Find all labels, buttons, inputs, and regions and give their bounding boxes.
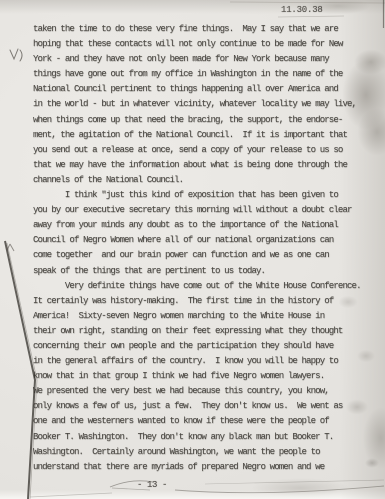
typewritten-line: concerning their own people and the part… xyxy=(33,339,379,354)
typewritten-line: Council of Negro Women where all of our … xyxy=(33,233,379,248)
crease-tip-mark xyxy=(7,244,14,251)
page-number: - 13 - xyxy=(137,480,167,490)
typewritten-line: speak of the things that are pertinent t… xyxy=(33,264,379,279)
typewritten-line: I think "just this kind of exposition th… xyxy=(33,188,379,203)
typewritten-line: taken the time to do these very fine thi… xyxy=(33,22,379,37)
typewritten-line: National Council pertinent to things hap… xyxy=(33,82,379,97)
document-page: 11.30.38 taken the time to do these very… xyxy=(0,0,385,499)
typewritten-line: only knows a few of us, just a few. They… xyxy=(33,399,379,414)
typewritten-line: ment, the agitation of the National Coun… xyxy=(33,128,379,143)
typewritten-line: America! Sixty-seven Negro women marchin… xyxy=(33,309,379,324)
typewritten-line: Booker T. Washington. They don't know an… xyxy=(33,430,379,445)
typewritten-line: when things come up that need the bracin… xyxy=(33,113,379,128)
typewritten-line: things have gone out from my office in W… xyxy=(33,67,379,82)
typewritten-line: that we may have the information about w… xyxy=(33,158,379,173)
typewritten-line: in the general affairs of the country. I… xyxy=(33,354,379,369)
typewritten-line: understand that there are myriads of pre… xyxy=(33,460,379,475)
typewritten-line: come together and our brain power can fu… xyxy=(33,248,379,263)
typewritten-line: you by our executive secretary this morn… xyxy=(33,203,379,218)
crease-line xyxy=(5,241,35,499)
scratch-line xyxy=(205,480,384,484)
typewritten-line: We presented the very best we had becaus… xyxy=(33,384,379,399)
typewritten-line: hoping that these contacts will not only… xyxy=(33,37,379,52)
top-edge-line xyxy=(230,2,385,3)
typewritten-line: Very definite things have come out of th… xyxy=(33,279,379,294)
typewritten-line: Washington. Certainly around Washington,… xyxy=(33,445,379,460)
typewritten-line: one and the westerners wanted to know if… xyxy=(33,414,379,429)
typewritten-body: taken the time to do these very fine thi… xyxy=(33,22,379,475)
typewritten-line: channels of the National Council. xyxy=(33,173,379,188)
typewritten-line: in the world - but in whatever vicinity,… xyxy=(33,97,379,112)
scratch-line xyxy=(30,493,112,497)
scratch-line xyxy=(175,486,384,493)
typewritten-line: know that in that group I think we had f… xyxy=(33,369,379,384)
typewritten-line: It certainly was history-making. The fir… xyxy=(33,294,379,309)
typewritten-line: away from your minds any doubt as to the… xyxy=(33,218,379,233)
typewritten-line: their own right, standing on their feet … xyxy=(33,324,379,339)
typewritten-line: York - and they have not only been made … xyxy=(33,52,379,67)
date-stamp: 11.30.38 xyxy=(281,5,323,15)
typewritten-line: you send out a release at once, send a c… xyxy=(33,143,379,158)
handwritten-mark xyxy=(10,49,22,61)
date-underline xyxy=(278,16,344,17)
